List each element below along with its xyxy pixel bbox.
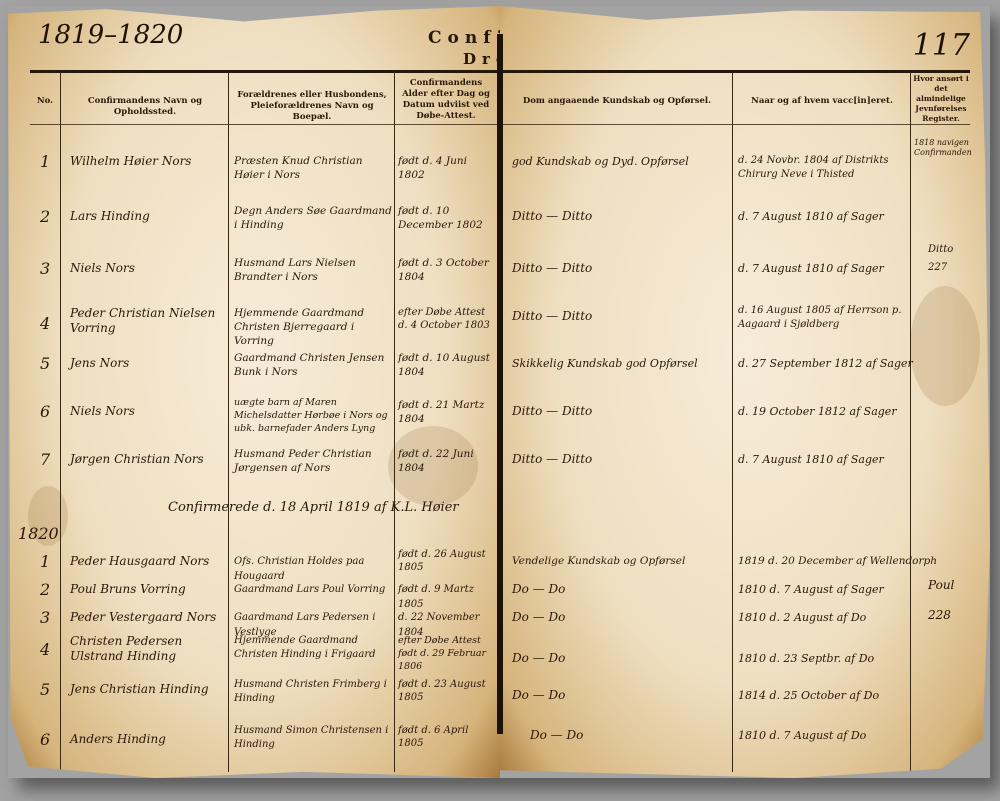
entry-vaccinated: 1810 d. 2 August af Do (738, 610, 866, 625)
entry-judgement: Ditto — Ditto (512, 209, 592, 224)
entry-parents: Husmand Simon Christensen i Hinding (234, 724, 392, 752)
entry-name: Lars Hinding (70, 209, 150, 224)
entry-name: Jørgen Christian Nors (70, 452, 204, 467)
entry-no: 4 (40, 642, 50, 657)
entry-judgement: Vendelige Kundskab og Opførsel (512, 554, 685, 569)
entry-vaccinated: 1814 d. 25 October af Do (738, 688, 879, 703)
entry-register: 228 (928, 608, 951, 623)
entry-judgement: god Kundskab og Dyd. Opførsel (512, 154, 689, 169)
entry-parents: Husmand Peder Christian Jørgensen af Nor… (234, 447, 392, 475)
entry-judgement: Do — Do (530, 728, 583, 743)
header-parents: Forældrenes eller Husbondens, Pleieforæl… (232, 90, 392, 123)
entry-no: 5 (40, 682, 50, 697)
entry-no: 2 (40, 582, 50, 597)
entry-judgement: Ditto — Ditto (512, 404, 592, 419)
entry-judgement: Do — Do (512, 651, 565, 666)
header-register: Hvor ansørt i det almindelige Jevnførels… (912, 74, 970, 124)
header-vaccinated: Naar og af hvem vacc[in]eret. (736, 96, 908, 107)
entry-age: født d. 23 August 1805 (398, 678, 494, 704)
entry-parents: Husmand Lars Nielsen Brandter i Nors (234, 256, 392, 284)
entry-age: født d. 6 April 1805 (398, 724, 494, 750)
entry-age: efter Døbe Attest født d. 29 Februar 180… (398, 634, 494, 673)
header-no: No. (30, 96, 60, 107)
entry-parents: Hjemmende Gaardmand Christen Bjerregaard… (234, 306, 392, 348)
left-page: 1819–1820 No. Confirmandens Navn og Opho… (8, 6, 500, 778)
entry-no: 5 (40, 356, 50, 371)
entry-no: 6 (40, 404, 50, 419)
entry-age: født d. 22 Juni 1804 (398, 447, 494, 475)
entry-judgement: Do — Do (512, 688, 565, 703)
confirmation-note: Confirmerede d. 18 April 1819 af K.L. Hø… (168, 500, 459, 515)
year-note: 1819–1820 (38, 20, 183, 50)
entry-register: 1818 navigen Confirmanden (914, 138, 970, 158)
entry-judgement: Skikkelig Kundskab god Opførsel (512, 356, 698, 371)
year-1820-label: 1820 (18, 524, 59, 543)
entry-parents: Ofs. Christian Holdes paa Hougaard (234, 554, 392, 584)
column-divider (228, 72, 229, 772)
entry-judgement: Ditto — Ditto (512, 452, 592, 467)
entry-vaccinated: 1810 d. 23 Septbr. af Do (738, 651, 874, 666)
entry-vaccinated: 1810 d. 7 August af Sager (738, 582, 884, 597)
entry-name: Anders Hinding (70, 732, 166, 747)
page-number: 117 (913, 28, 970, 63)
entry-no: 7 (40, 452, 50, 467)
entry-no: 6 (40, 732, 50, 747)
entry-vaccinated: d. 16 August 1805 af Herrson p. Aagaard … (738, 304, 908, 332)
entry-age: født d. 26 August 1805 (398, 548, 494, 574)
entry-name: Niels Nors (70, 261, 135, 276)
entry-judgement: Ditto — Ditto (512, 309, 592, 324)
entry-vaccinated: d. 7 August 1810 af Sager (738, 261, 884, 276)
entry-no: 2 (40, 209, 50, 224)
header-judgement: Dom angaaende Kundskab og Opførsel. (504, 96, 730, 107)
entry-vaccinated: d. 7 August 1810 af Sager (738, 209, 884, 224)
right-page: 117 Dom angaaende Kundskab og Opførsel. … (500, 6, 990, 778)
entry-register: Poul (928, 578, 954, 593)
entry-parents: Gaardmand Lars Poul Vorring (234, 582, 392, 597)
entry-age: født d. 4 Juni 1802 (398, 154, 494, 182)
entry-name: Christen Pedersen Ulstrand Hinding (70, 634, 228, 664)
entry-vaccinated: d. 7 August 1810 af Sager (738, 452, 884, 467)
entry-name: Jens Nors (70, 356, 129, 371)
header-name: Confirmandens Navn og Opholdssted. (64, 96, 226, 118)
entry-judgement: Do — Do (512, 582, 565, 597)
entry-vaccinated: 1819 d. 20 December af Wellendorph (738, 554, 937, 569)
entry-vaccinated: d. 27 September 1812 af Sager (738, 356, 913, 371)
column-divider (732, 72, 733, 772)
entry-name: Peder Vestergaard Nors (70, 610, 216, 625)
header-rule (30, 70, 500, 73)
entry-age: født d. 9 Martz 1805 (398, 582, 494, 612)
entry-name: Wilhelm Høier Nors (70, 154, 191, 169)
entry-name: Jens Christian Hinding (70, 682, 209, 697)
entry-register: Ditto 227 (928, 241, 968, 277)
entry-name: Peder Hausgaard Nors (70, 554, 209, 569)
entry-age: født d. 10 December 1802 (398, 204, 494, 232)
column-divider (910, 72, 911, 772)
entry-no: 1 (40, 154, 50, 169)
entry-parents: Gaardmand Christen Jensen Bunk i Nors (234, 351, 392, 379)
entry-age: født d. 3 October 1804 (398, 256, 494, 284)
entry-name: Peder Christian Nielsen Vorring (70, 306, 228, 336)
entry-no: 3 (40, 261, 50, 276)
entry-vaccinated: d. 19 October 1812 af Sager (738, 404, 897, 419)
entry-age: efter Døbe Attest d. 4 October 1803 (398, 306, 494, 332)
entry-parents: Degn Anders Søe Gaardmand i Hinding (234, 204, 392, 232)
column-divider (394, 72, 395, 772)
ledger-book: 1819–1820 No. Confirmandens Navn og Opho… (8, 6, 990, 778)
entry-name: Poul Bruns Vorring (70, 582, 186, 597)
entry-age: født d. 10 August 1804 (398, 351, 494, 379)
header-subrule (30, 124, 500, 125)
entry-vaccinated: 1810 d. 7 August af Do (738, 728, 866, 743)
entry-no: 1 (40, 554, 50, 569)
entry-judgement: Ditto — Ditto (512, 261, 592, 276)
entry-parents: Præsten Knud Christian Høier i Nors (234, 154, 392, 182)
header-subrule (500, 124, 970, 125)
entry-age: født d. 21 Martz 1804 (398, 398, 494, 426)
book-spine (497, 34, 503, 734)
entry-no: 4 (40, 316, 50, 331)
header-age: Confirmandens Alder efter Dag og Datum u… (396, 78, 496, 122)
header-rule (500, 70, 970, 73)
entry-name: Niels Nors (70, 404, 135, 419)
column-divider (60, 72, 61, 772)
entry-no: 3 (40, 610, 50, 625)
entry-parents: Husmand Christen Frimberg i Hinding (234, 678, 392, 706)
entry-vaccinated: d. 24 Novbr. 1804 af Distrikts Chirurg N… (738, 154, 908, 182)
entry-parents: uægte barn af Maren Michelsdatter Hørbøe… (234, 396, 392, 435)
entry-judgement: Do — Do (512, 610, 565, 625)
entry-parents: Hjemmende Gaardmand Christen Hinding i F… (234, 634, 392, 662)
